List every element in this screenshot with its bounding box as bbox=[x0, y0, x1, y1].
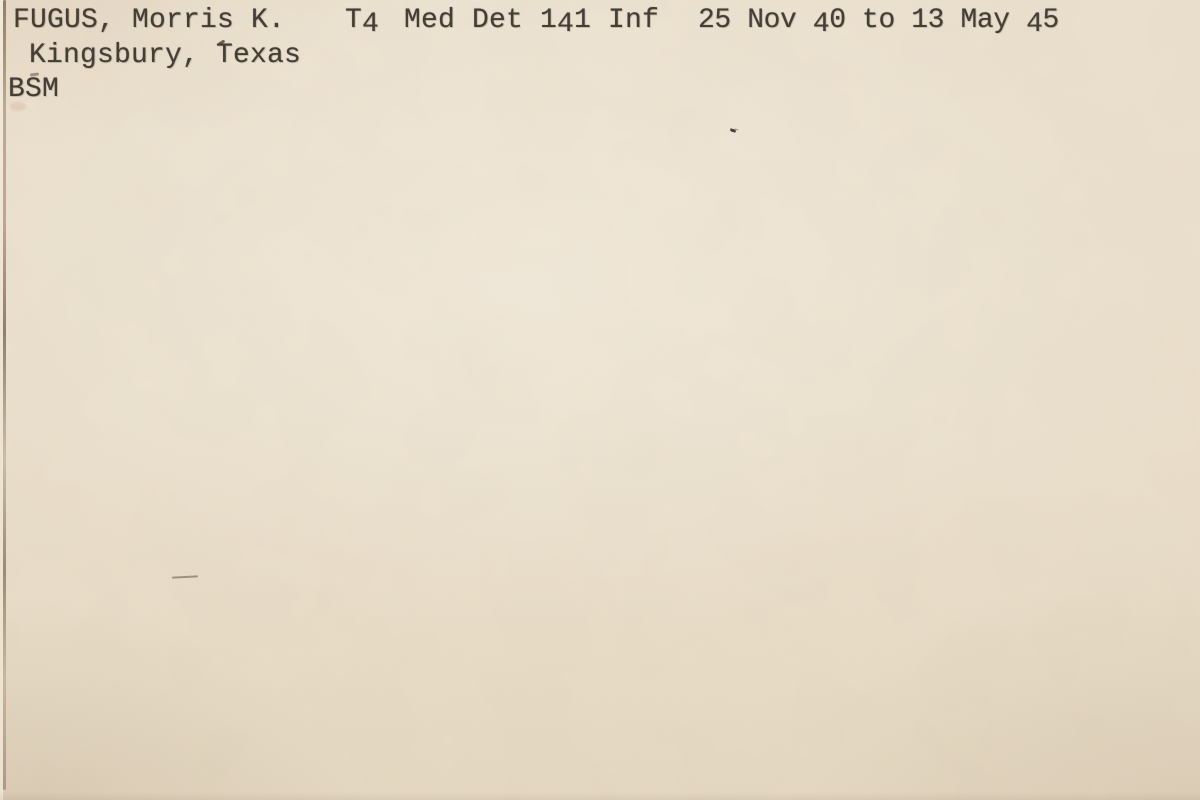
paper-texture bbox=[0, 0, 1200, 800]
hometown: Kingsbury, Texas bbox=[29, 41, 301, 71]
card-bottom-shade bbox=[0, 792, 1200, 800]
service-dates: 25 Nov 40 to 13 May 45 bbox=[698, 6, 1059, 36]
index-card: FUGUS, Morris K. T4 Med Det 141 Inf 25 N… bbox=[0, 0, 1200, 800]
award-abbreviation: BSM bbox=[8, 75, 59, 105]
card-edge-shadow bbox=[3, 0, 6, 790]
scratch-mark bbox=[172, 575, 198, 578]
soldier-rank: T4 bbox=[345, 6, 379, 36]
ink-speck bbox=[730, 128, 737, 133]
soldier-unit: Med Det 141 Inf bbox=[404, 6, 659, 36]
soldier-name: FUGUS, Morris K. bbox=[13, 6, 285, 36]
